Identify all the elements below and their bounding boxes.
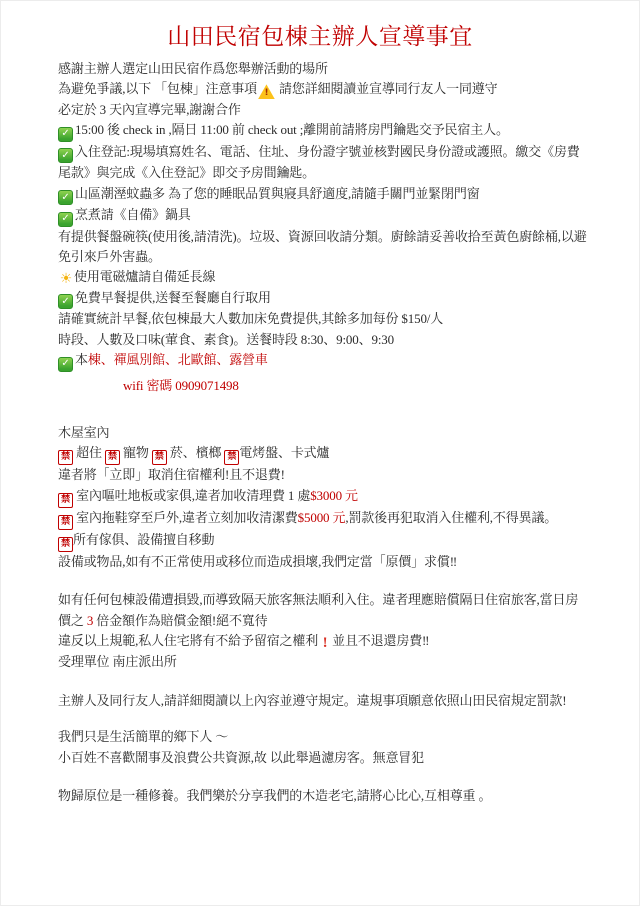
rule-breakfast-count: 請確實統計早餐,依包棟最大人數加床免費提供,其餘多加每份 $150/人 [58,309,587,329]
text-segment: 山區潮溼蚊蟲多 為了您的睡眠品質與寢具舒適度,請隨手關門並緊閉門窗 [75,186,480,201]
text-segment: 受理單位 南庄派出所 [58,654,177,669]
text-segment: 必定於 3 天內宣導完畢,謝謝合作 [58,102,241,117]
damage-compensation: 如有任何包棟設備遭損毀,而導致隔天旅客無法順利入住。違者理應賠償隔日住宿旅客,當… [58,590,587,631]
check-icon: ✓ [58,127,73,142]
text-segment: 菸、檳榔 [167,445,225,460]
rule-dishes: 有提供餐盤碗筷(使用後,請清洗)。垃圾、資源回收請分類。廚餘請妥善收拾至黃色廚餘… [58,227,587,268]
text-segment: 棟、禪風別館、北歐館、露營車 [88,352,268,367]
sun-icon: ☀ [58,272,74,287]
text-segment: 使用電磁爐請自備延長線 [74,269,215,284]
text-segment: 違者將「立即」取消住宿權利!且不退費! [58,467,285,482]
rule-extension-cord: ☀使用電磁爐請自備延長線 [58,267,587,287]
text-segment: 寵物 [120,445,152,460]
intro-deadline: 必定於 3 天內宣導完畢,謝謝合作 [58,100,587,120]
text-segment: 室內拖鞋穿至戶外,違者立刻加收清潔費 [73,510,298,525]
authority: 受理單位 南庄派出所 [58,652,587,672]
text-segment: 我們只是生活簡單的鄉下人 〜 [58,729,228,744]
text-segment: 電烤盤、卡式爐 [239,445,329,460]
text-segment: 主辦人及同行友人,請詳細閱讀以上內容並遵守規定。違規事項願意依照山田民宿規定罰款… [58,693,566,708]
check-icon: ✓ [58,294,73,309]
rule-breakfast-time: 時段、人數及口味(葷食、素食)。送餐時段 8:30、9:00、9:30 [58,330,587,350]
text-segment: 木屋室內 [58,425,109,440]
text-segment: 室內嘔吐地板或家俱,違者加收清理費 1 處 [73,488,310,503]
ban-icon: 禁 [58,537,73,552]
document-page: 山田民宿包棟主辦人宣導事宜 感謝主辦人選定山田民宿作爲您舉辦活動的場所為避免爭議… [0,0,640,906]
damage-original-price: 設備或物品,如有不正常使用或移位而造成損壞,我們定當「原價」求償‼ [58,552,587,572]
text-segment: 免費早餐提供,送餐至餐廳自行取用 [75,290,271,305]
text-segment: 本 [75,352,88,367]
intro-notice: 為避免爭議,以下 「包棟」注意事項! 請您詳細閱讀並宣導同行友人一同遵守 [58,79,587,99]
text-segment: 時段、人數及口味(葷食、素食)。送餐時段 8:30、9:00、9:30 [58,332,394,347]
violation-no-stay: 違反以上規範,私人住宅將有不給予留宿之權利!並且不退還房費‼ [58,631,587,651]
text-segment: 倍金額作為賠償金額!絕不寬待 [93,613,267,628]
text-segment: 為避免爭議,以下 「包棟」注意事項 [58,81,257,96]
text-segment: 所有傢俱、設備擅自移動 [73,532,214,547]
text-segment: ,罰款後再犯取消入住權利,不得異議。 [345,510,557,525]
ban-icon: 禁 [105,450,120,465]
text-segment: 違反以上規範,私人住宅將有不給予留宿之權利 [58,633,318,648]
closing-country-folk: 我們只是生活簡單的鄉下人 〜 [58,727,587,747]
ban-move-furniture: 禁所有傢俱、設備擅自移動 [58,530,587,552]
text-segment: 物歸原位是一種修養。我們樂於分享我們的木造老宅,請將心比心,互相尊重 。 [58,788,491,803]
text-segment: wifi 密碼 0909071498 [123,378,239,393]
ban-penalty: 違者將「立即」取消住宿權利!且不退費! [58,465,587,485]
check-icon: ✓ [58,357,73,372]
ban-icon: 禁 [58,515,73,530]
intro-thanks: 感謝主辦人選定山田民宿作爲您舉辦活動的場所 [58,59,587,79]
document-body: 感謝主辦人選定山田民宿作爲您舉辦活動的場所為避免爭議,以下 「包棟」注意事項! … [1,59,639,807]
closing-respect: 物歸原位是一種修養。我們樂於分享我們的木造老宅,請將心比心,互相尊重 。 [58,786,587,806]
wifi-password: wifi 密碼 0909071498 [58,376,587,396]
text-segment: 超住 [73,445,105,460]
check-icon: ✓ [58,190,73,205]
rule-registration: ✓入住登記:現場填寫姓名、電話、住址、身份證字號並核對國民身份證或護照。繳交《房… [58,142,587,184]
ban-icon: 禁 [224,450,239,465]
text-segment: 請確實統計早餐,依包棟最大人數加床免費提供,其餘多加每份 $150/人 [58,311,443,326]
text-segment: 感謝主辦人選定山田民宿作爲您舉辦活動的場所 [58,61,328,76]
organizer-agreement: 主辦人及同行友人,請詳細閱讀以上內容並遵守規定。違規事項願意依照山田民宿規定罰款… [58,691,587,711]
ban-slippers: 禁 室內拖鞋穿至戶外,違者立刻加收清潔費$5000 元,罰款後再犯取消入住權利,… [58,508,587,530]
text-segment: 15:00 後 check in ,隔日 11:00 前 check out ;… [75,122,509,137]
text-segment: 小百姓不喜歡鬧事及浪費公共資源,故 以此舉過濾房客。無意冒犯 [58,750,424,765]
rule-buildings: ✓本棟、禪風別館、北歐館、露營車 [58,350,587,372]
text-segment: $3000 元 [310,488,358,503]
text-segment: 設備或物品,如有不正常使用或移位而造成損壞,我們定當「原價」求償‼ [58,554,457,569]
check-icon: ✓ [58,148,73,163]
text-segment: 有提供餐盤碗筷(使用後,請清洗)。垃圾、資源回收請分類。廚餘請妥善收拾至黃色廚餘… [58,229,587,264]
page-title: 山田民宿包棟主辦人宣導事宜 [1,22,639,52]
text-segment: 烹煮請《自備》鍋具 [75,207,191,222]
ban-icon: 禁 [58,450,73,465]
text-segment: 並且不退還房費‼ [332,633,429,648]
rule-cookware: ✓烹煮請《自備》鍋具 [58,205,587,227]
text-segment: 入住登記:現場填寫姓名、電話、住址、身份證字號並核對國民身份證或護照。繳交《房費… [58,144,580,181]
ban-list: 禁 超住 禁 寵物 禁 菸、檳榔 禁電烤盤、卡式爐 [58,443,587,465]
check-icon: ✓ [58,212,73,227]
warning-icon: ! [258,84,275,99]
text-segment: $5000 元 [298,510,346,525]
rule-checkin: ✓15:00 後 check in ,隔日 11:00 前 check out … [58,120,587,142]
rule-breakfast: ✓免費早餐提供,送餐至餐廳自行取用 [58,288,587,310]
ban-vomit: 禁 室內嘔吐地板或家俱,違者加收清理費 1 處$3000 元 [58,486,587,508]
red-exclamation-icon: ! [320,636,330,651]
closing-filter-guests: 小百姓不喜歡鬧事及浪費公共資源,故 以此舉過濾房客。無意冒犯 [58,748,587,768]
ban-icon: 禁 [58,493,73,508]
section-cabin-indoor: 木屋室內 [58,423,587,443]
rule-mountain: ✓山區潮溼蚊蟲多 為了您的睡眠品質與寢具舒適度,請隨手關門並緊閉門窗 [58,184,587,206]
ban-icon: 禁 [152,450,167,465]
text-segment: 請您詳細閱讀並宣導同行友人一同遵守 [276,81,498,96]
